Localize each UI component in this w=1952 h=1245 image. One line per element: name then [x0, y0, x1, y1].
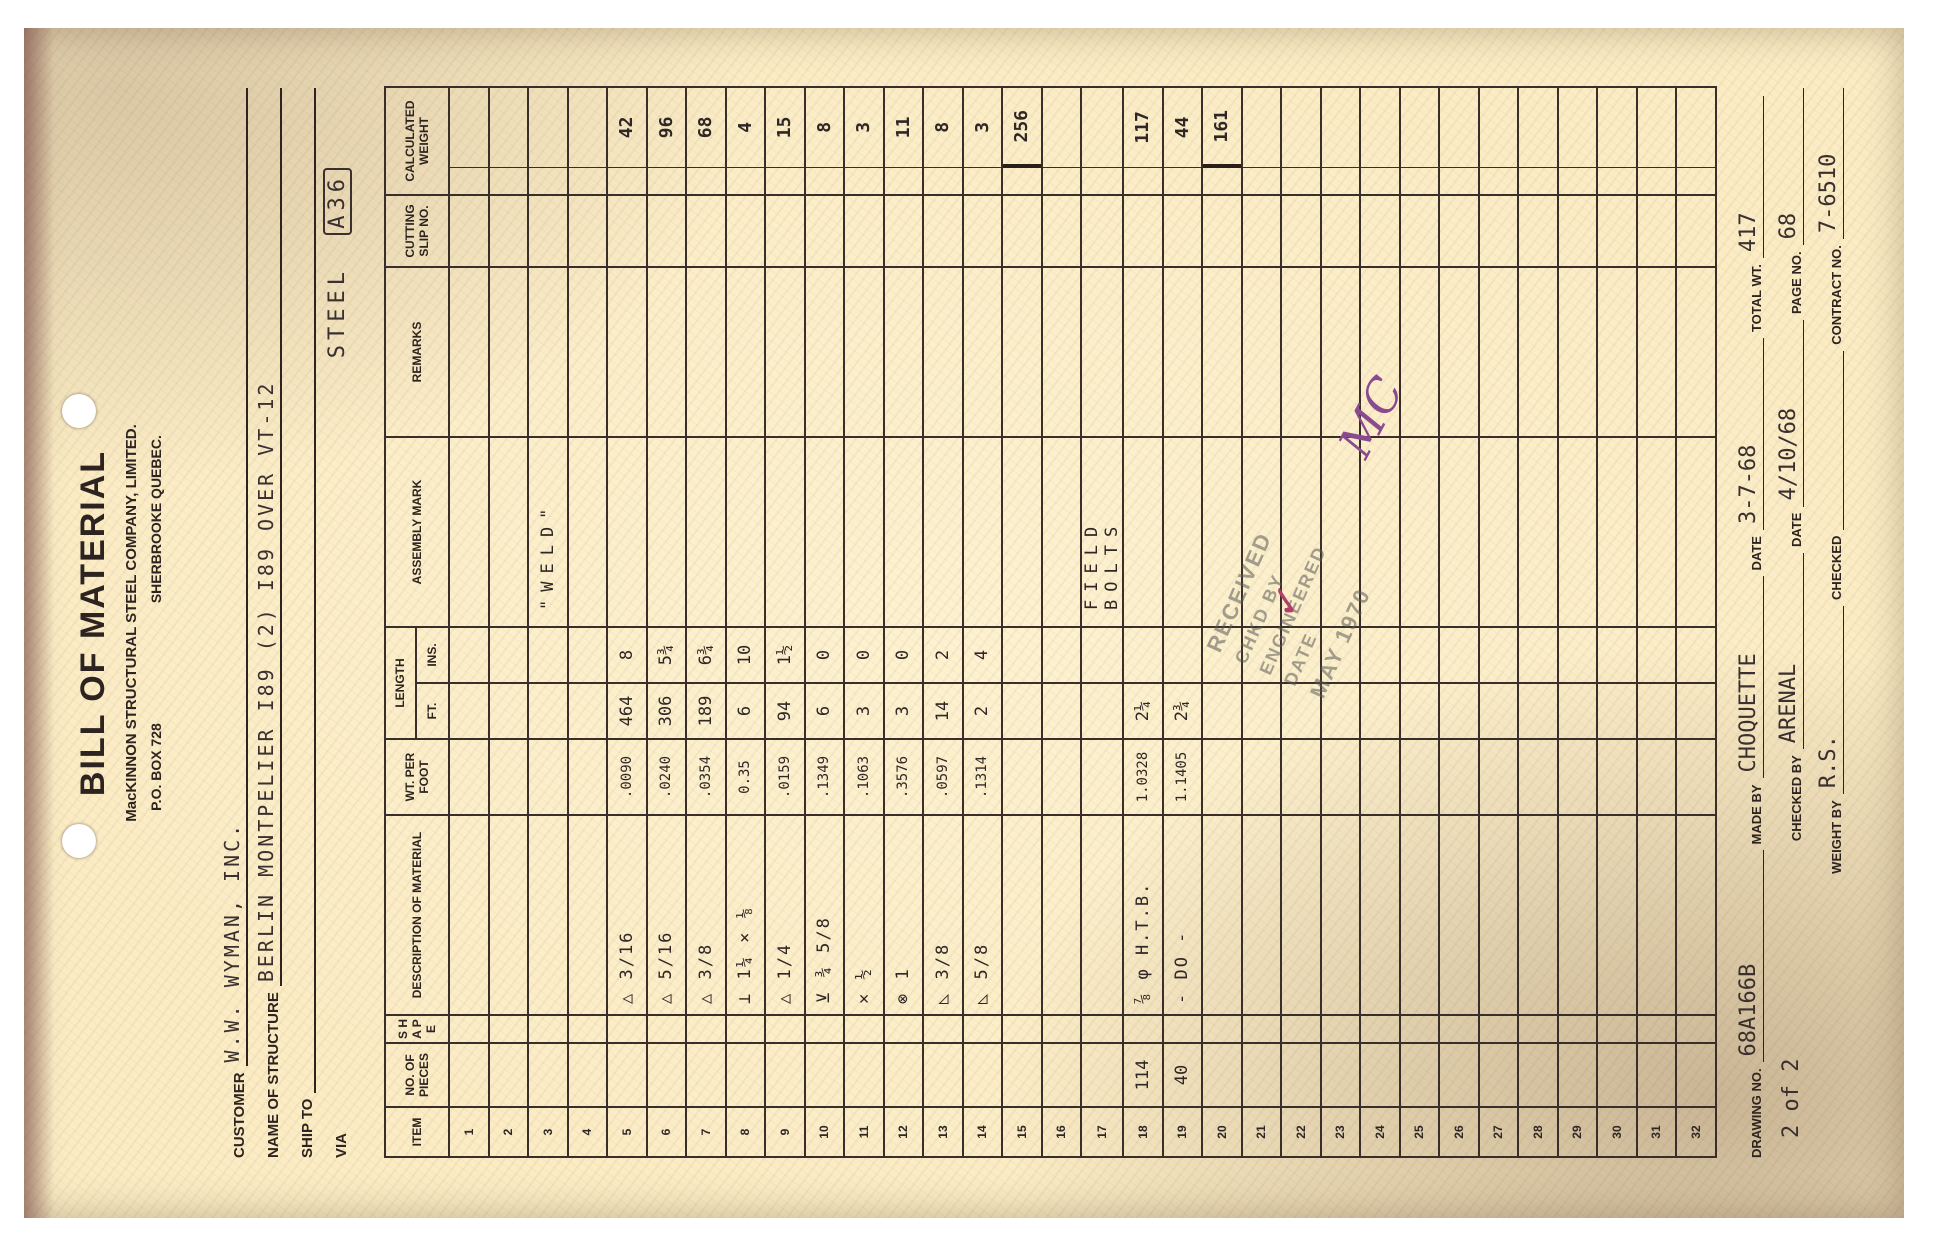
total-wt-value: 417 — [1735, 96, 1764, 258]
calculated-weight-value: 8 — [924, 88, 962, 168]
col-cutting-slip: CUTTING SLIP NO. — [385, 195, 449, 267]
description-cell — [1597, 815, 1637, 1015]
length-ins-cell — [568, 627, 608, 683]
item-cell: 20 — [1202, 1107, 1242, 1157]
wt-per-foot-cell — [1637, 739, 1677, 815]
pieces-cell — [1676, 1043, 1716, 1107]
wt-per-foot-cell: .1349 — [805, 739, 845, 815]
wt-per-foot-cell: 0.35 — [726, 739, 766, 815]
shape-cell — [963, 1015, 1003, 1043]
length-ft-cell — [449, 683, 489, 739]
shape-cell — [765, 1015, 805, 1043]
total-wt-label: TOTAL WT. — [1749, 264, 1764, 332]
footer-row-1: DRAWING NO. 68A166B MADE BY CHOQUETTE DA… — [1724, 88, 1764, 1158]
weight-grid-cell — [529, 167, 567, 193]
item-cell: 19 — [1163, 1107, 1203, 1157]
cutting-slip-cell — [1042, 195, 1082, 267]
contract-no-value: 7-6510 — [1815, 87, 1844, 238]
calculated-weight-grid: 8 — [924, 88, 962, 194]
assembly-mark-cell — [1518, 437, 1558, 627]
cutting-slip-cell — [489, 195, 529, 267]
calculated-weight-cell: 117 — [1123, 87, 1163, 195]
pieces-cell — [1400, 1043, 1440, 1107]
table-row: 9△ 1/4.0159941½15 — [765, 87, 805, 1157]
steel-label: STEEL — [325, 267, 350, 358]
description-cell: △ 5/16 — [647, 815, 687, 1015]
length-ft-cell — [1558, 683, 1598, 739]
pieces-cell — [607, 1043, 647, 1107]
calculated-weight-grid — [1677, 88, 1715, 194]
pieces-cell — [1002, 1043, 1042, 1107]
shape-cell — [884, 1015, 924, 1043]
calculated-weight-cell — [1242, 87, 1282, 195]
wt-per-foot-cell: .0354 — [686, 739, 726, 815]
calculated-weight-grid: 8 — [806, 88, 844, 194]
cutting-slip-cell — [1637, 195, 1677, 267]
date2-label: DATE — [1789, 512, 1804, 546]
description-cell — [528, 815, 568, 1015]
remarks-cell — [765, 267, 805, 437]
item-cell: 32 — [1676, 1107, 1716, 1157]
shape-cell — [568, 1015, 608, 1043]
calculated-weight-cell: 68 — [686, 87, 726, 195]
structure-field: NAME OF STRUCTURE BERLIN MONTPELIER I89 … — [248, 88, 282, 1158]
date2-value: 4/10/68 — [1775, 320, 1804, 507]
wt-per-foot-cell — [1439, 739, 1479, 815]
wt-per-foot-cell: 1.0328 — [1123, 739, 1163, 815]
wt-per-foot-cell — [1202, 739, 1242, 815]
item-cell: 29 — [1558, 1107, 1598, 1157]
shape-cell — [686, 1015, 726, 1043]
description-cell: △ 1/4 — [765, 815, 805, 1015]
wt-per-foot-cell — [1042, 739, 1082, 815]
page-no-value: 68 — [1775, 88, 1804, 245]
calculated-weight-value: 117 — [1124, 88, 1162, 168]
col-length-ft: FT. — [416, 683, 449, 739]
length-ft-cell — [528, 683, 568, 739]
table-row: 7△ 3/8.03541896¾68 — [686, 87, 726, 1157]
calculated-weight-value — [1082, 88, 1122, 168]
calculated-weight-value: 96 — [648, 88, 686, 168]
shape-cell — [1321, 1015, 1361, 1043]
cutting-slip-cell — [884, 195, 924, 267]
remarks-cell — [1518, 267, 1558, 437]
length-ins-cell: 0 — [805, 627, 845, 683]
ship-to-field: SHIP TO — [282, 88, 316, 1158]
wt-per-foot-cell — [528, 739, 568, 815]
description-cell: ⊗ 1 — [884, 815, 924, 1015]
col-assembly-mark: ASSEMBLY MARK — [385, 437, 449, 627]
weight-grid-cell — [1519, 167, 1557, 193]
calculated-weight-value — [1677, 88, 1715, 168]
description-cell — [1081, 815, 1123, 1015]
subtotal-weight: 256 — [1003, 88, 1041, 169]
calculated-weight-value — [1559, 88, 1597, 168]
calculated-weight-cell — [1400, 87, 1440, 195]
drawing-no-value: 68A166B — [1735, 850, 1764, 1062]
shape-cell — [647, 1015, 687, 1043]
wt-per-foot-cell — [489, 739, 529, 815]
weight-grid-cell — [1282, 167, 1320, 193]
pieces-cell — [844, 1043, 884, 1107]
calculated-weight-cell — [528, 87, 568, 195]
document-footer: DRAWING NO. 68A166B MADE BY CHOQUETTE DA… — [1724, 88, 1844, 1158]
description-cell — [1321, 815, 1361, 1015]
remarks-cell — [884, 267, 924, 437]
shape-cell — [449, 1015, 489, 1043]
calculated-weight-grid: 68 — [687, 88, 725, 194]
description-cell — [1400, 815, 1440, 1015]
description-cell — [1360, 815, 1400, 1015]
wt-per-foot-cell — [1360, 739, 1400, 815]
length-ft-cell — [1081, 683, 1123, 739]
pieces-cell — [884, 1043, 924, 1107]
remarks-cell — [923, 267, 963, 437]
table-row: 30 — [1597, 87, 1637, 1157]
col-length: LENGTH — [385, 627, 416, 739]
remarks-cell — [1163, 267, 1203, 437]
description-cell — [449, 815, 489, 1015]
calculated-weight-cell: 15 — [765, 87, 805, 195]
contract-no-label: CONTRACT NO. — [1829, 245, 1844, 345]
weight-grid-cell — [806, 167, 844, 193]
length-ft-cell — [1042, 683, 1082, 739]
wt-per-foot-cell — [1518, 739, 1558, 815]
shape-cell — [923, 1015, 963, 1043]
assembly-mark-cell: FIELD BOLTS — [1081, 437, 1123, 627]
assembly-mark-cell — [1637, 437, 1677, 627]
wt-per-foot-cell — [1242, 739, 1282, 815]
pieces-cell — [726, 1043, 766, 1107]
calculated-weight-cell — [449, 87, 489, 195]
length-ft-cell: 2¼ — [1123, 683, 1163, 739]
weight-grid-cell — [1638, 167, 1676, 193]
weight-grid-cell — [1043, 167, 1081, 193]
cutting-slip-cell — [1518, 195, 1558, 267]
paper-edge-stain — [24, 28, 54, 1218]
item-cell: 6 — [647, 1107, 687, 1157]
length-ft-cell: 2 — [963, 683, 1003, 739]
weight-grid-cell — [885, 167, 923, 193]
assembly-mark-cell — [726, 437, 766, 627]
col-calculated-weight: CALCULATED WEIGHT — [385, 87, 449, 195]
length-ins-cell — [1123, 627, 1163, 683]
wt-per-foot-cell — [1281, 739, 1321, 815]
calculated-weight-value — [1043, 88, 1081, 168]
pieces-cell — [1637, 1043, 1677, 1107]
company-name: MacKINNON STRUCTURAL STEEL COMPANY, LIMI… — [123, 28, 140, 1218]
calculated-weight-cell: 44 — [1163, 87, 1203, 195]
document-title: BILL OF MATERIAL — [74, 28, 113, 1218]
cutting-slip-cell — [1479, 195, 1519, 267]
structure-label: NAME OF STRUCTURE — [265, 992, 282, 1158]
length-ft-cell: 94 — [765, 683, 805, 739]
length-ins-cell: 2 — [923, 627, 963, 683]
wt-per-foot-cell — [568, 739, 608, 815]
description-cell: ◺ 3/8 — [923, 815, 963, 1015]
assembly-mark-cell — [1597, 437, 1637, 627]
wt-per-foot-cell — [1081, 739, 1123, 815]
calculated-weight-grid — [1638, 88, 1676, 194]
length-ft-cell — [1002, 683, 1042, 739]
document-header: BILL OF MATERIAL MacKINNON STRUCTURAL ST… — [74, 28, 164, 1218]
assembly-mark-cell — [1002, 437, 1042, 627]
calculated-weight-grid — [1519, 88, 1557, 194]
weight-grid-cell — [1440, 167, 1478, 193]
remarks-cell — [1637, 267, 1677, 437]
shape-cell — [1518, 1015, 1558, 1043]
description-cell — [1202, 815, 1242, 1015]
calculated-weight-grid — [1282, 88, 1320, 194]
shape-cell — [1123, 1015, 1163, 1043]
length-ft-cell: 6 — [726, 683, 766, 739]
table-row: 29 — [1558, 87, 1598, 1157]
length-ins-cell — [1518, 627, 1558, 683]
calculated-weight-value — [1322, 88, 1360, 168]
col-shape: S H A P E — [385, 1015, 449, 1043]
assembly-mark-cell — [963, 437, 1003, 627]
calculated-weight-value — [1401, 88, 1439, 168]
calculated-weight-value — [1440, 88, 1478, 168]
pieces-cell: 40 — [1163, 1043, 1203, 1107]
pieces-cell — [1081, 1043, 1123, 1107]
shape-cell — [1242, 1015, 1282, 1043]
shape-cell — [1479, 1015, 1519, 1043]
pieces-cell — [1042, 1043, 1082, 1107]
length-ins-cell: 0 — [844, 627, 884, 683]
calculated-weight-value — [490, 88, 528, 168]
shape-cell — [1202, 1015, 1242, 1043]
cutting-slip-cell — [1676, 195, 1716, 267]
table-row: 6△ 5/16.02403065¾96 — [647, 87, 687, 1157]
calculated-weight-value: 3 — [964, 88, 1002, 168]
length-ins-cell: 10 — [726, 627, 766, 683]
length-ins-cell — [1163, 627, 1203, 683]
remarks-cell — [568, 267, 608, 437]
calculated-weight-value — [450, 88, 488, 168]
length-ins-cell — [1042, 627, 1082, 683]
length-ins-cell: 4 — [963, 627, 1003, 683]
remarks-cell — [963, 267, 1003, 437]
length-ft-cell — [1676, 683, 1716, 739]
length-ft-cell — [1597, 683, 1637, 739]
calculated-weight-value: 3 — [845, 88, 883, 168]
shape-cell — [1400, 1015, 1440, 1043]
description-cell — [1518, 815, 1558, 1015]
remarks-cell — [1597, 267, 1637, 437]
description-cell — [1676, 815, 1716, 1015]
calculated-weight-cell — [1676, 87, 1716, 195]
pieces-cell — [1281, 1043, 1321, 1107]
weight-grid-cell — [1322, 167, 1360, 193]
description-cell — [1439, 815, 1479, 1015]
calculated-weight-grid: 96 — [648, 88, 686, 194]
item-cell: 10 — [805, 1107, 845, 1157]
description-cell — [1558, 815, 1598, 1015]
assembly-mark-cell — [647, 437, 687, 627]
weight-grid-cell — [727, 167, 765, 193]
calculated-weight-cell: 3 — [844, 87, 884, 195]
calculated-weight-cell: 4 — [726, 87, 766, 195]
table-row: 18114⅞ φ H.T.B.1.03282¼117 — [1123, 87, 1163, 1157]
remarks-cell — [1439, 267, 1479, 437]
made-by-value: CHOQUETTE — [1735, 576, 1764, 778]
weight-grid-cell — [1559, 167, 1597, 193]
customer-value: W.W. WYMAN, INC. — [218, 88, 248, 1066]
calculated-weight-cell: 42 — [607, 87, 647, 195]
calculated-weight-grid — [450, 88, 488, 194]
weight-grid-cell — [924, 167, 962, 193]
remarks-cell — [528, 267, 568, 437]
cutting-slip-cell — [1163, 195, 1203, 267]
weight-grid-cell — [1203, 168, 1241, 194]
remarks-cell — [1081, 267, 1123, 437]
remarks-cell — [1400, 267, 1440, 437]
length-ins-cell — [528, 627, 568, 683]
drawing-no-label: DRAWING NO. — [1749, 1068, 1764, 1158]
calculated-weight-cell — [489, 87, 529, 195]
weight-grid-cell — [687, 167, 725, 193]
length-ins-cell: 1½ — [765, 627, 805, 683]
calculated-weight-value — [1282, 88, 1320, 168]
length-ins-cell: 8 — [607, 627, 647, 683]
calculated-weight-cell: 96 — [647, 87, 687, 195]
cutting-slip-cell — [765, 195, 805, 267]
length-ins-cell — [1637, 627, 1677, 683]
pieces-cell — [1439, 1043, 1479, 1107]
customer-field: CUSTOMER W.W. WYMAN, INC. — [214, 88, 248, 1158]
weight-grid-cell — [450, 167, 488, 193]
pieces-cell — [1202, 1043, 1242, 1107]
calculated-weight-cell — [1637, 87, 1677, 195]
calculated-weight-value: 68 — [687, 88, 725, 168]
calculated-weight-value: 8 — [806, 88, 844, 168]
bill-of-material-page: BILL OF MATERIAL MacKINNON STRUCTURAL ST… — [24, 28, 1904, 1218]
cutting-slip-cell — [1597, 195, 1637, 267]
assembly-mark-cell — [1558, 437, 1598, 627]
calculated-weight-grid: 44 — [1164, 88, 1202, 194]
col-length-ins: INS. — [416, 627, 449, 683]
shape-cell — [805, 1015, 845, 1043]
calculated-weight-value: 42 — [608, 88, 646, 168]
table-row: 13◺ 3/8.05971428 — [923, 87, 963, 1157]
col-description: DESCRIPTION OF MATERIAL — [385, 815, 449, 1015]
assembly-mark-cell: "WELD" — [528, 437, 568, 627]
item-cell: 24 — [1360, 1107, 1400, 1157]
calculated-weight-cell — [568, 87, 608, 195]
wt-per-foot-cell: .0159 — [765, 739, 805, 815]
wt-per-foot-cell — [1479, 739, 1519, 815]
pieces-cell — [1479, 1043, 1519, 1107]
pieces-cell — [686, 1043, 726, 1107]
footer-row-3: WEIGHT BY R.S. CHECKED CONTRACT NO. 7-65… — [1804, 88, 1844, 1158]
weight-grid-cell — [964, 167, 1002, 193]
remarks-cell — [1042, 267, 1082, 437]
table-row: 27 — [1479, 87, 1519, 1157]
structure-value: BERLIN MONTPELIER I89 (2) I89 OVER VT-12 — [252, 88, 282, 986]
po-box: P.O. BOX 728 — [148, 723, 164, 811]
length-ins-cell — [1479, 627, 1519, 683]
assembly-mark-cell — [449, 437, 489, 627]
shape-cell — [1439, 1015, 1479, 1043]
length-ft-cell: 6 — [805, 683, 845, 739]
wt-per-foot-cell: .0090 — [607, 739, 647, 815]
cutting-slip-cell — [923, 195, 963, 267]
shape-cell — [726, 1015, 766, 1043]
pieces-cell — [1242, 1043, 1282, 1107]
ship-to-value — [286, 88, 316, 1093]
table-row: 26 — [1439, 87, 1479, 1157]
calculated-weight-grid: 11 — [885, 88, 923, 194]
length-ins-cell: 5¾ — [647, 627, 687, 683]
calculated-weight-value — [1480, 88, 1518, 168]
calculated-weight-value — [529, 88, 567, 168]
length-ft-cell — [1518, 683, 1558, 739]
cutting-slip-cell — [1558, 195, 1598, 267]
calculated-weight-grid — [1559, 88, 1597, 194]
weight-by-value: R.S. — [1815, 605, 1844, 793]
ship-to-label: SHIP TO — [299, 1098, 316, 1157]
steel-note: STEEL A36 — [325, 168, 350, 358]
weight-grid-cell — [1164, 167, 1202, 193]
calculated-weight-grid: 3 — [845, 88, 883, 194]
calculated-weight-grid — [569, 88, 607, 194]
wt-per-foot-cell — [449, 739, 489, 815]
assembly-mark-cell — [607, 437, 647, 627]
calculated-weight-cell — [1439, 87, 1479, 195]
item-cell: 13 — [923, 1107, 963, 1157]
pieces-cell — [1360, 1043, 1400, 1107]
calculated-weight-cell — [1360, 87, 1400, 195]
length-ft-cell — [1439, 683, 1479, 739]
item-cell: 7 — [686, 1107, 726, 1157]
table-row: 16 — [1042, 87, 1082, 1157]
shape-cell — [489, 1015, 529, 1043]
remarks-cell — [726, 267, 766, 437]
company-address: P.O. BOX 728 SHERBROOKE QUEBEC. — [148, 28, 164, 1218]
pieces-cell — [647, 1043, 687, 1107]
wt-per-foot-cell: 1.1405 — [1163, 739, 1203, 815]
item-cell: 11 — [844, 1107, 884, 1157]
table-row: 3"WELD" — [528, 87, 568, 1157]
table-body: 123"WELD"45△ 3/16.00904648426△ 5/16.0240… — [449, 87, 1716, 1157]
description-cell: ⅞ φ H.T.B. — [1123, 815, 1163, 1015]
weight-grid-cell — [845, 167, 883, 193]
length-ft-cell — [1242, 683, 1282, 739]
weight-grid-cell — [1480, 167, 1518, 193]
cutting-slip-cell — [1360, 195, 1400, 267]
cutting-slip-cell — [726, 195, 766, 267]
wt-per-foot-cell: .1314 — [963, 739, 1003, 815]
weight-grid-cell — [1361, 167, 1399, 193]
checked-by-value: ARENAL — [1775, 552, 1804, 748]
pieces-cell — [765, 1043, 805, 1107]
length-ins-cell — [1676, 627, 1716, 683]
item-cell: 23 — [1321, 1107, 1361, 1157]
remarks-cell — [1558, 267, 1598, 437]
assembly-mark-cell — [1163, 437, 1203, 627]
assembly-mark-cell — [923, 437, 963, 627]
calculated-weight-grid — [1243, 88, 1281, 194]
item-cell: 12 — [884, 1107, 924, 1157]
shape-cell — [1163, 1015, 1203, 1043]
calculated-weight-cell — [1597, 87, 1637, 195]
pieces-cell — [1597, 1043, 1637, 1107]
calculated-weight-value — [1638, 88, 1676, 168]
calculated-weight-value: 15 — [766, 88, 804, 168]
length-ft-cell — [1202, 683, 1242, 739]
cutting-slip-cell — [568, 195, 608, 267]
